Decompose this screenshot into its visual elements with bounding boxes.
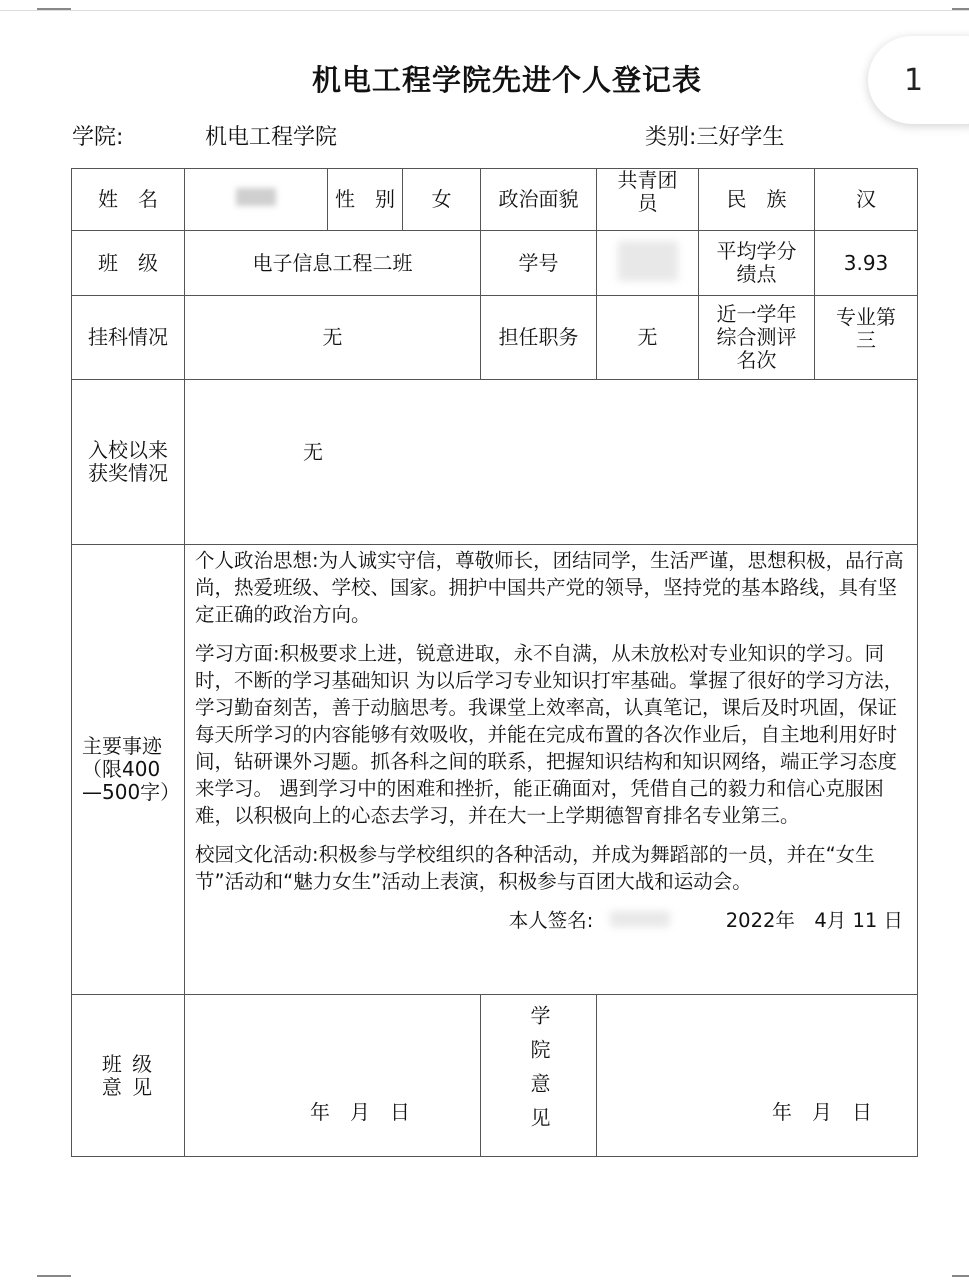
ethnicity-label: 民 族	[699, 169, 815, 231]
page-corner-mark	[952, 1275, 969, 1277]
student-id-value	[597, 231, 699, 296]
name-value	[185, 169, 328, 231]
class-opinion-label: 班 级 意 见	[72, 995, 185, 1157]
deeds-paragraph-activities: 校园文化活动:积极参与学校组织的各种活动，并成为舞蹈部的一员，并在“女生节”活动…	[195, 841, 907, 895]
redacted-student-id	[618, 241, 678, 281]
rank-label: 近一学年综合测评名次	[699, 296, 815, 380]
deeds-paragraph-political: 个人政治思想:为人诚实守信，尊敬师长，团结同学，生活严谨，思想积极，品行高尚，热…	[195, 547, 907, 628]
signature-line: 本人签名: 2022年 4月 11 日	[195, 907, 907, 934]
college-opinion-label: 学院意见	[481, 995, 597, 1157]
deeds-label: 主要事迹（限400—500字）	[72, 545, 185, 995]
rank-value: 专业第三	[815, 296, 918, 380]
failed-courses-value: 无	[185, 296, 481, 380]
college-opinion-label-text: 学院意见	[527, 1005, 550, 1141]
college-opinion-date: 年 月 日	[772, 1100, 872, 1124]
document-title: 机电工程学院先进个人登记表	[0, 58, 969, 99]
college-label: 学院:	[72, 120, 123, 151]
awards-value: 无	[185, 380, 918, 545]
class-label: 班 级	[72, 231, 185, 296]
ethnicity-value: 汉	[815, 169, 918, 231]
class-value: 电子信息工程二班	[185, 231, 481, 296]
redacted-name	[236, 188, 276, 206]
student-id-label: 学号	[481, 231, 597, 296]
gpa-label: 平均学分绩点	[699, 231, 815, 296]
signature-label: 本人签名:	[509, 909, 594, 932]
category-value: 三好学生	[696, 125, 784, 150]
category-label: 类别:	[645, 125, 696, 150]
college-value: 机电工程学院	[205, 120, 337, 151]
college-opinion-field[interactable]: 年 月 日	[597, 995, 918, 1157]
deeds-content: 个人政治思想:为人诚实守信，尊敬师长，团结同学，生活严谨，思想积极，品行高尚，热…	[185, 545, 918, 995]
registration-table: 姓 名 性 别 女 政治面貌 共青团员 民 族 汉 班 级 电子信息工程二班 学…	[71, 168, 918, 1157]
position-label: 担任职务	[481, 296, 597, 380]
signature-date: 2022年 4月 11 日	[726, 909, 903, 932]
deeds-paragraph-study: 学习方面:积极要求上进，锐意进取，永不自满，从未放松对专业知识的学习。同时，不断…	[195, 640, 907, 829]
class-opinion-field[interactable]: 年 月 日	[185, 995, 481, 1157]
awards-text: 无	[303, 440, 323, 464]
class-opinion-date: 年 月 日	[310, 1100, 410, 1124]
awards-label: 入校以来获奖情况	[72, 380, 185, 545]
category: 类别:三好学生	[645, 120, 784, 151]
name-label: 姓 名	[72, 169, 185, 231]
position-value: 无	[597, 296, 699, 380]
page-corner-mark	[37, 1275, 71, 1277]
political-value: 共青团员	[597, 169, 699, 231]
gpa-value: 3.93	[815, 231, 918, 296]
gender-label: 性 别	[328, 169, 403, 231]
gender-value: 女	[403, 169, 481, 231]
redacted-signature	[610, 911, 670, 927]
political-label: 政治面貌	[481, 169, 597, 231]
page-top-edge	[0, 10, 969, 11]
failed-courses-label: 挂科情况	[72, 296, 185, 380]
